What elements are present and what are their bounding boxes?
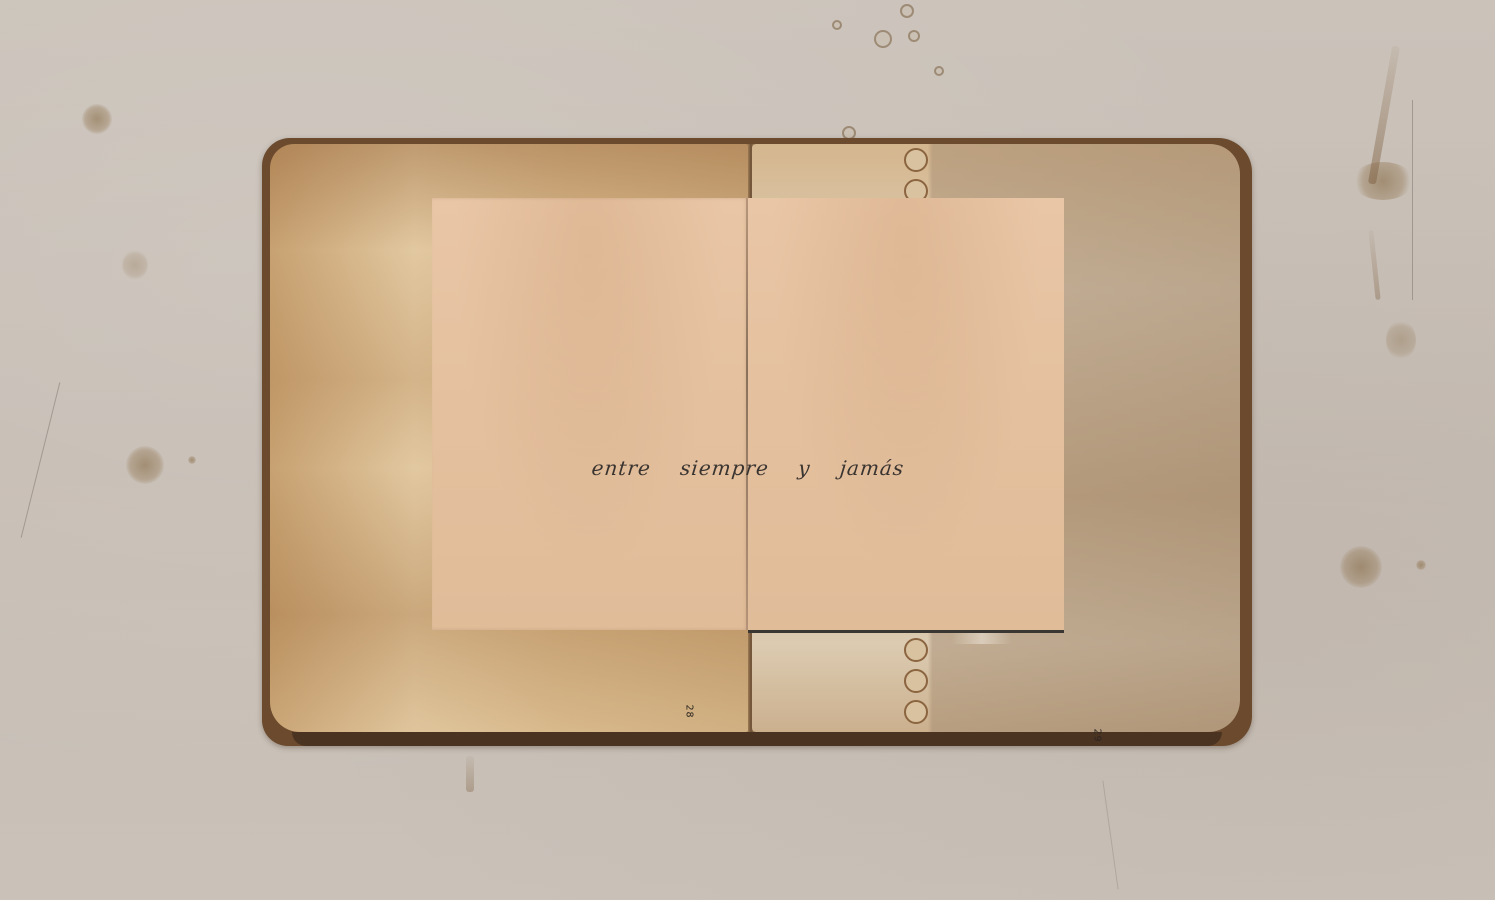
stain-mark: [1340, 546, 1382, 588]
binder-holes-bottom: [902, 638, 932, 731]
right-page-number: 29: [1092, 728, 1103, 742]
binder-hole: [904, 638, 928, 662]
binder-hole: [904, 669, 928, 693]
book-bottom-edge: [292, 732, 1222, 746]
photograph: 28 29 entre siempre y jamás: [0, 0, 1495, 900]
stain-mark: [126, 446, 164, 484]
drip-streak: [466, 756, 474, 792]
left-page-number: 28: [684, 704, 695, 718]
pasted-note: entre siempre y jamás: [432, 198, 1064, 630]
stain-mark: [188, 456, 196, 464]
note-left-half: [432, 198, 748, 630]
drip-streak: [1368, 230, 1380, 300]
stain-mark: [1352, 162, 1414, 200]
drip-ring: [874, 30, 892, 48]
stain-mark: [122, 250, 148, 280]
note-right-half: [748, 198, 1064, 633]
drip-ring: [934, 66, 944, 76]
note-fold: [746, 198, 748, 630]
scratch-line: [21, 382, 61, 537]
stain-mark: [82, 104, 112, 134]
drip-ring: [900, 4, 914, 18]
stain-mark: [1386, 320, 1416, 360]
handwritten-text: entre siempre y jamás: [431, 456, 1066, 480]
binder-hole: [904, 148, 928, 172]
stain-mark: [1416, 560, 1426, 570]
scratch-line: [1412, 100, 1413, 300]
drip-ring: [908, 30, 920, 42]
binder-hole: [904, 700, 928, 724]
scratch-line: [1102, 780, 1118, 889]
drip-ring: [832, 20, 842, 30]
